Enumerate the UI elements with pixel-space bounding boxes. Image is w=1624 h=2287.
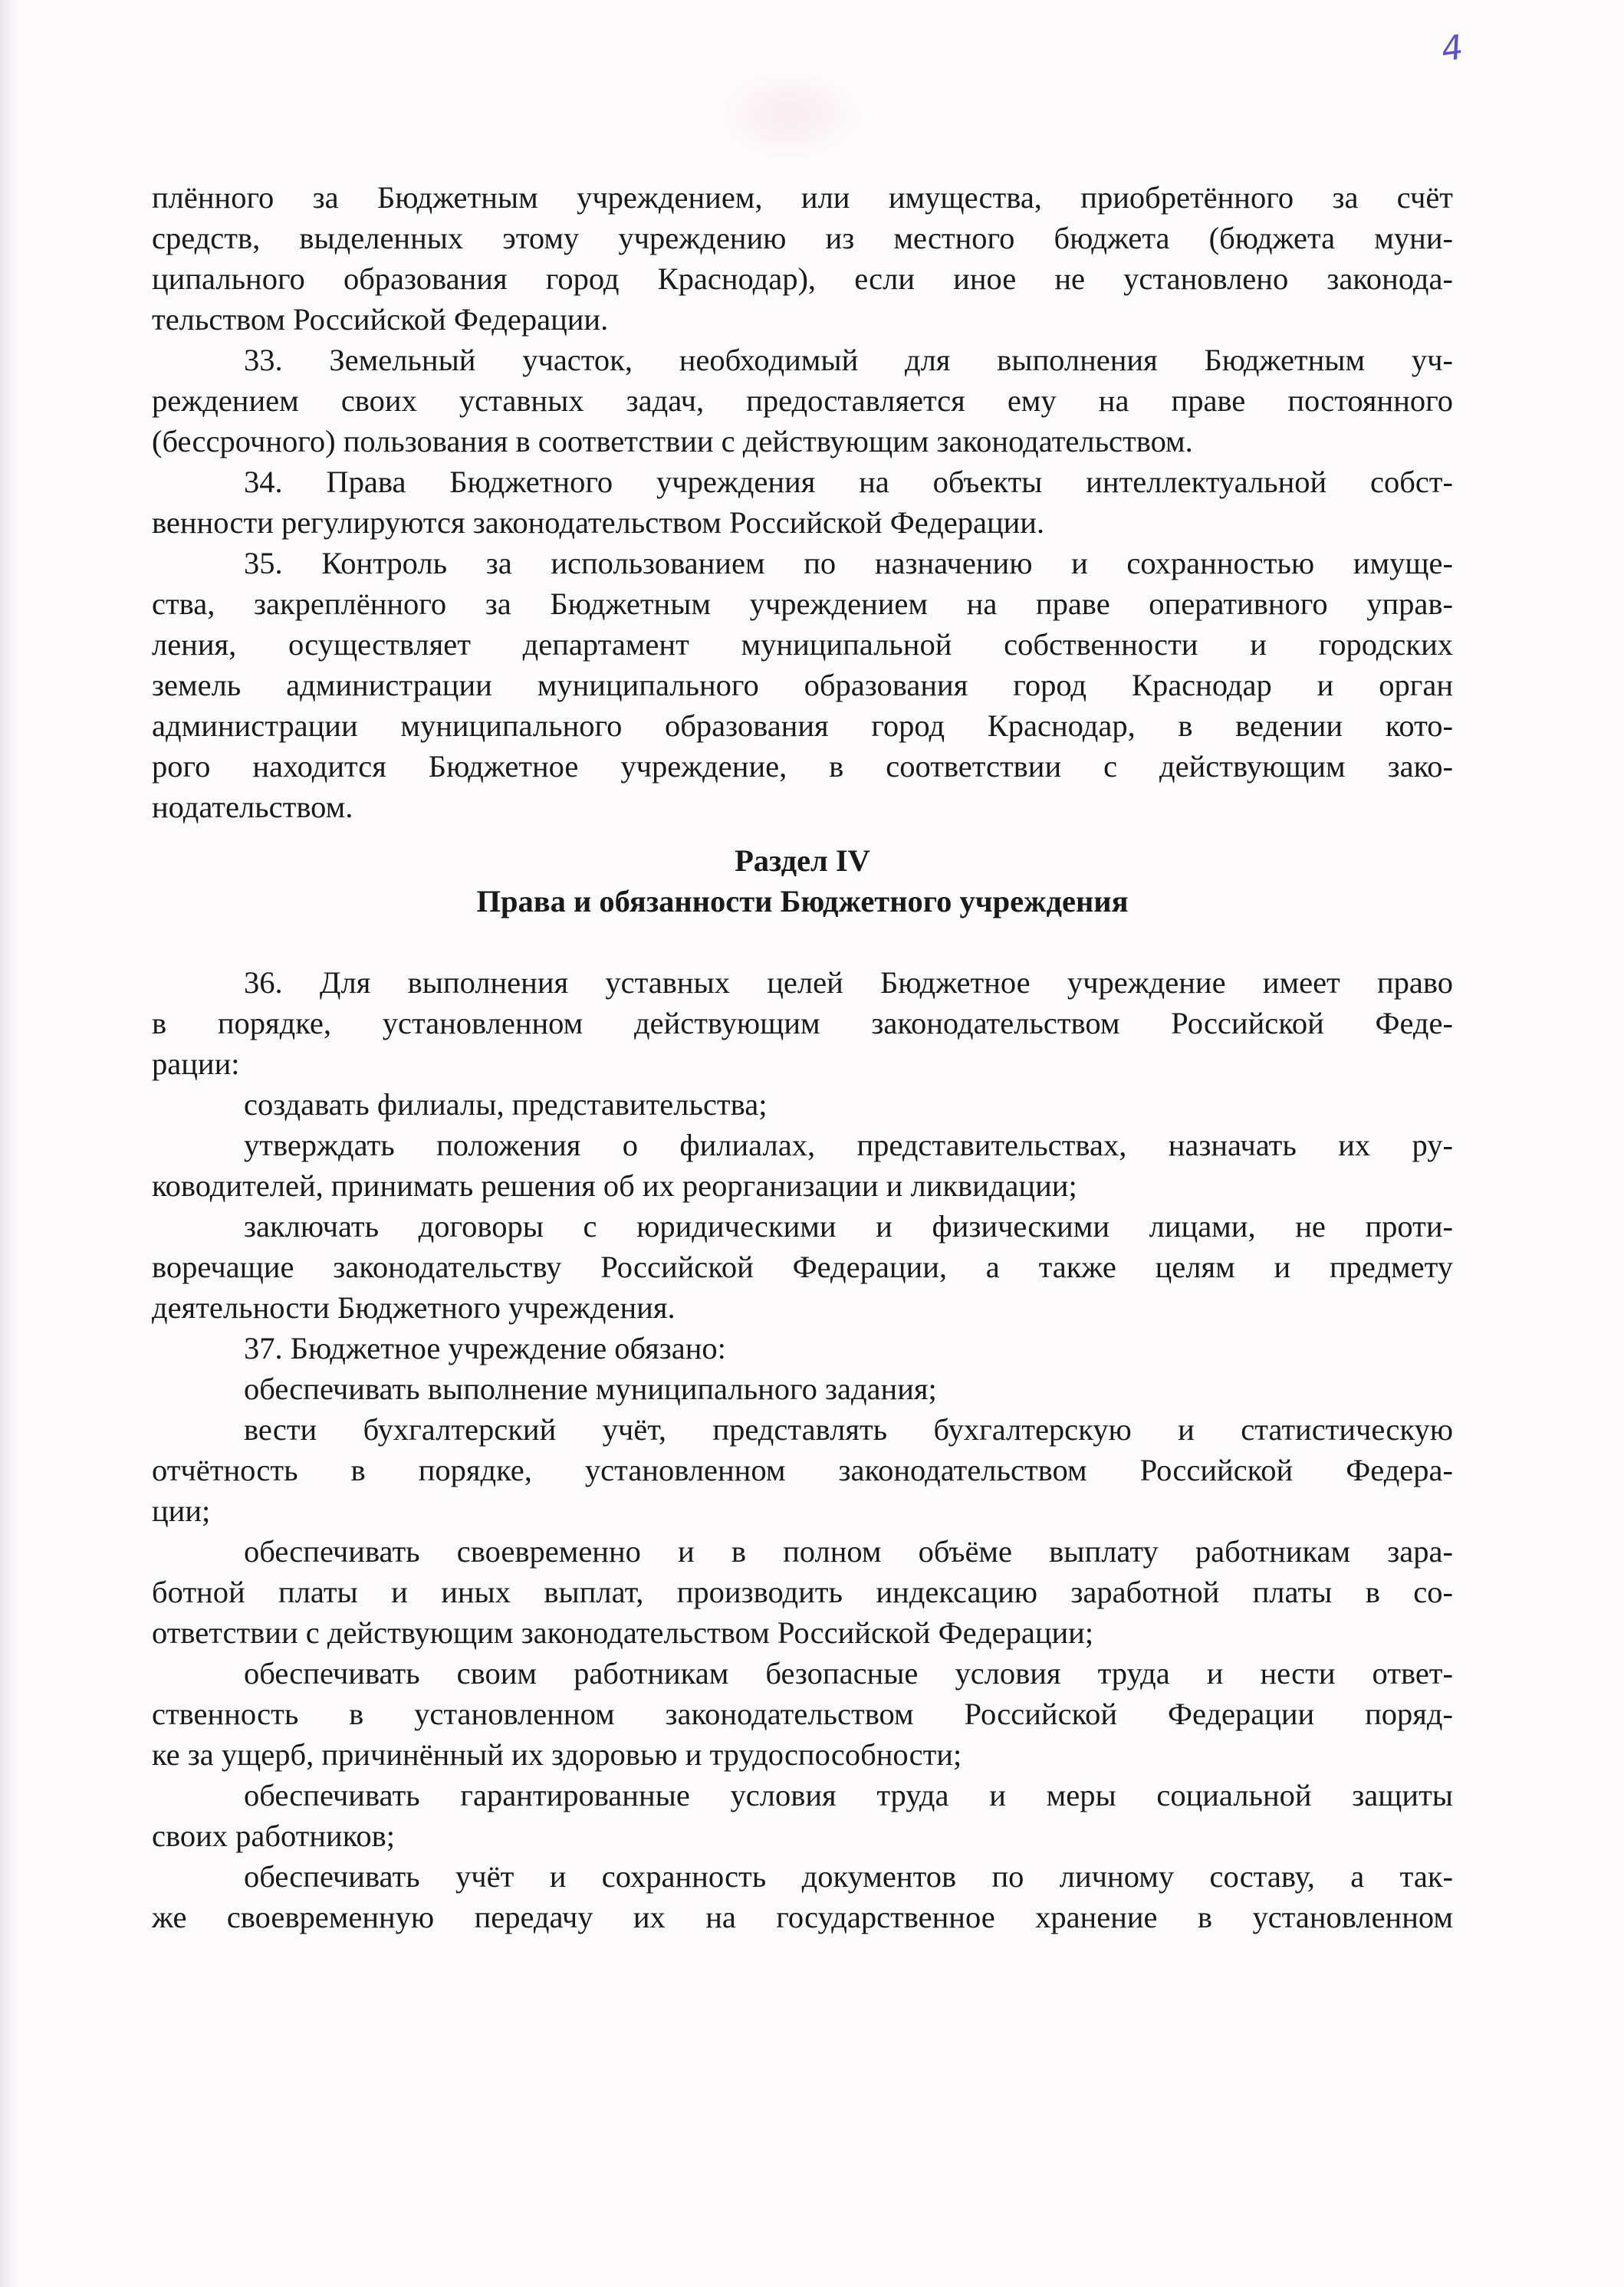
text-line: ления, осуществляет департамент муниципа… — [152, 625, 1453, 665]
text-line: 33. Земельный участок, необходимый для в… — [244, 340, 1453, 380]
text-line: 34. Права Бюджетного учреждения на объек… — [244, 462, 1453, 502]
text-line: обеспечивать своевременно и в полном объ… — [244, 1532, 1453, 1572]
text-line: обеспечивать учёт и сохранность документ… — [244, 1857, 1453, 1897]
text-line: ципального образования город Краснодар),… — [152, 259, 1453, 299]
text-line: ответствии с действующим законодательств… — [152, 1613, 1453, 1653]
text-line: обеспечивать выполнение муниципального з… — [244, 1369, 1453, 1409]
text-line: в порядке, установленном действующим зак… — [152, 1004, 1453, 1043]
text-line: ке за ущерб, причинённый их здоровью и т… — [152, 1735, 1453, 1775]
text-line: 37. Бюджетное учреждение обязано: — [244, 1329, 1453, 1369]
text-line: тельством Российской Федерации. — [152, 300, 1453, 340]
text-line: реждением своих уставных задач, предоста… — [152, 381, 1453, 421]
text-line: обеспечивать гарантированные условия тру… — [244, 1776, 1453, 1815]
text-line: же своевременную передачу их на государс… — [152, 1898, 1453, 1937]
text-line: администрации муниципального образования… — [152, 706, 1453, 746]
text-line: средств, выделенных этому учреждению из … — [152, 219, 1453, 258]
text-line: воречащие законодательству Российской Фе… — [152, 1247, 1453, 1287]
text-line: вести бухгалтерский учёт, представлять б… — [244, 1410, 1453, 1450]
text-line: деятельности Бюджетного учреждения. — [152, 1288, 1453, 1328]
text-line: ственность в установленном законодательс… — [152, 1694, 1453, 1734]
text-line: ции; — [152, 1491, 1453, 1531]
text-line: плённого за Бюджетным учреждением, или и… — [152, 178, 1453, 218]
section-title: Права и обязанности Бюджетного учреждени… — [152, 882, 1453, 922]
text-line: нодательством. — [152, 787, 1453, 827]
scan-shadow-edge — [0, 0, 20, 2287]
text-line: ководителей, принимать решения об их рео… — [152, 1166, 1453, 1206]
text-line: заключать договоры с юридическими и физи… — [244, 1207, 1453, 1247]
section-number: Раздел IV — [152, 841, 1453, 881]
page-number: 4 — [1439, 28, 1466, 69]
text-line: 36. Для выполнения уставных целей Бюджет… — [244, 963, 1453, 1003]
text-line: (бессрочного) пользования в соответствии… — [152, 422, 1453, 462]
text-line: земель администрации муниципального обра… — [152, 665, 1453, 705]
text-line: создавать филиалы, представительства; — [244, 1085, 1453, 1125]
text-line: 35. Контроль за использованием по назнач… — [244, 544, 1453, 583]
text-line: отчётность в порядке, установленном зако… — [152, 1451, 1453, 1490]
text-line: утверждать положения о филиалах, предста… — [244, 1125, 1453, 1165]
text-line: венности регулируются законодательством … — [152, 503, 1453, 543]
text-line: ства, закреплённого за Бюджетным учрежде… — [152, 584, 1453, 624]
text-line: ботной платы и иных выплат, производить … — [152, 1572, 1453, 1612]
text-line: обеспечивать своим работникам безопасные… — [244, 1654, 1453, 1694]
text-line: своих работников; — [152, 1816, 1453, 1856]
text-line: рого находится Бюджетное учреждение, в с… — [152, 747, 1453, 787]
text-line: рации: — [152, 1044, 1453, 1084]
